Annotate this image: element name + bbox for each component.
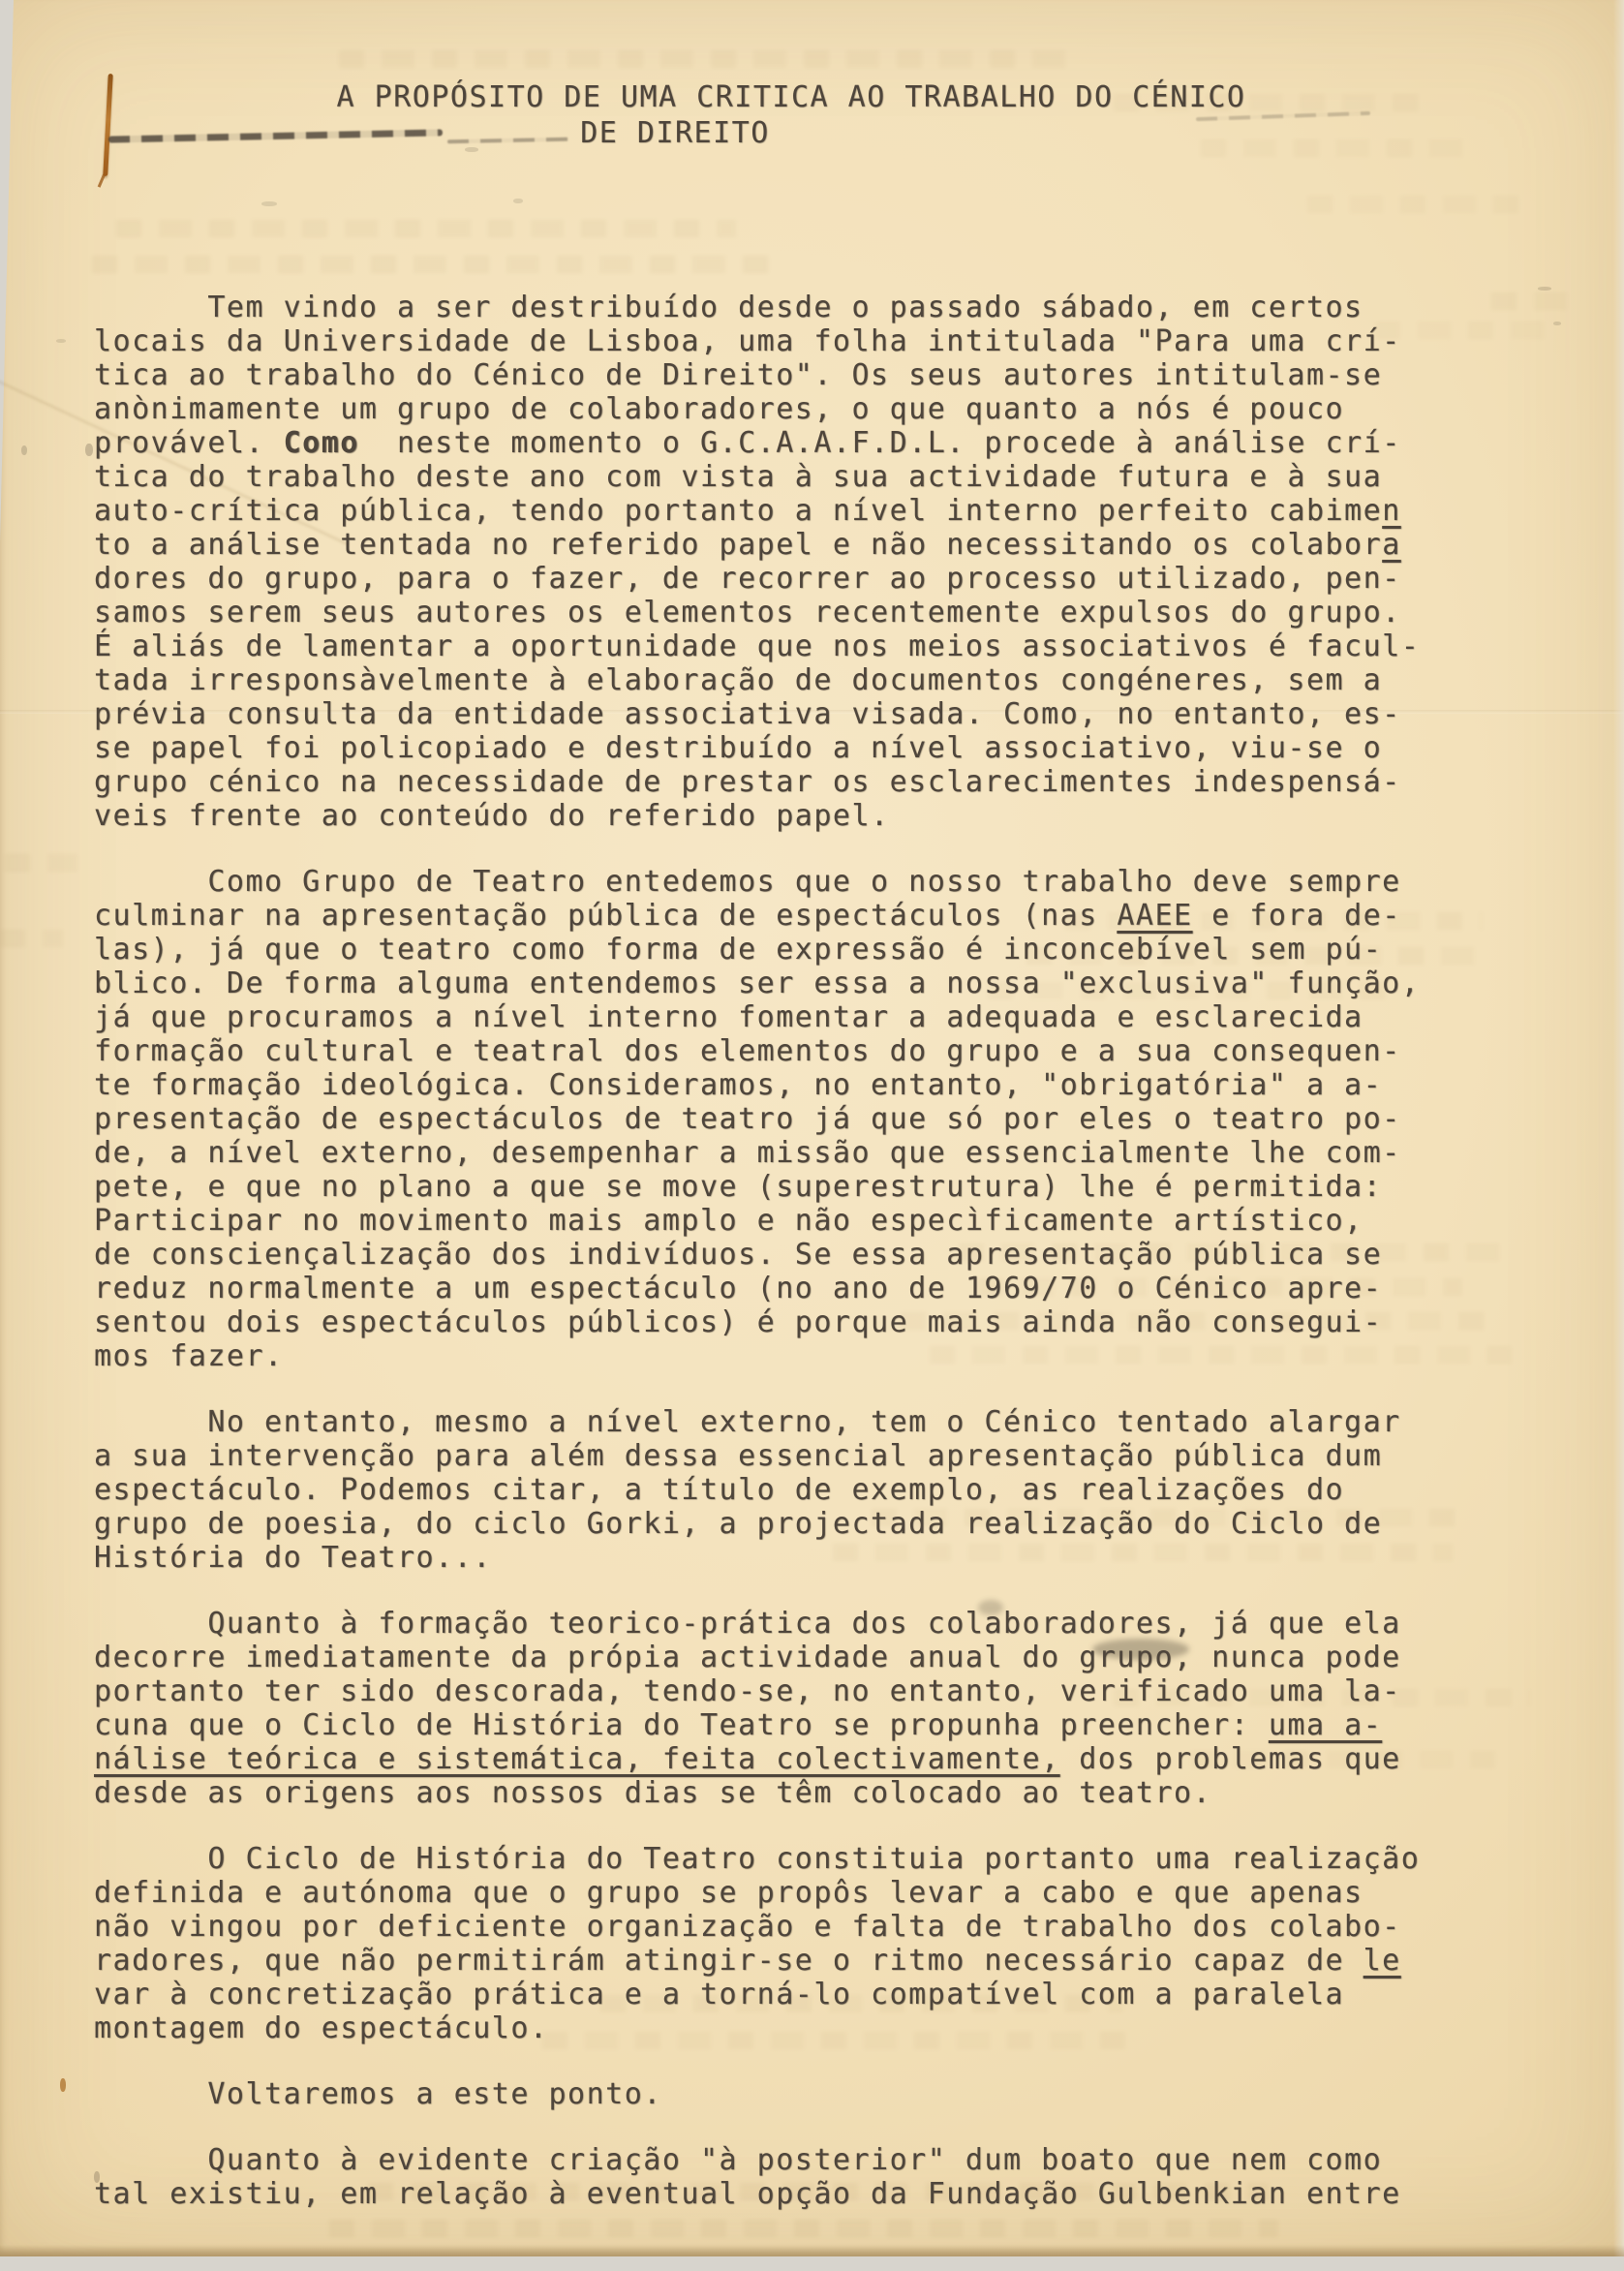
text-line: veis frente ao conteúdo do referido pape… bbox=[94, 799, 1517, 833]
text-line: grupo cénico na necessidade de prestar o… bbox=[94, 765, 1517, 799]
title-line-1: A PROPÓSITO DE UMA CRITICA AO TRABALHO D… bbox=[337, 80, 1246, 114]
paper-edge bbox=[0, 2245, 1624, 2256]
text-line: desde as origens aos nossos dias se têm … bbox=[94, 1776, 1517, 1810]
text-line: Tem vindo a ser destribuído desde o pass… bbox=[94, 291, 1517, 324]
text-line: samos serem seus autores os elementos re… bbox=[94, 596, 1517, 629]
text-line: nálise teórica e sistemática, feita cole… bbox=[94, 1742, 1517, 1776]
bleedthrough-smudge bbox=[0, 930, 63, 948]
text-line: var à concretização prática e a torná-lo… bbox=[94, 1978, 1517, 2011]
text-line: grupo de poesia, do ciclo Gorki, a proje… bbox=[94, 1507, 1517, 1541]
text-line: Quanto à evidente criação "à posterior" … bbox=[94, 2143, 1517, 2177]
paragraph: Voltaremos a este ponto. bbox=[94, 2077, 1517, 2111]
paragraph: No entanto, mesmo a nível externo, tem o… bbox=[94, 1405, 1517, 1575]
text-line: se papel foi policopiado e destribuído a… bbox=[94, 731, 1517, 765]
text-line: tica ao trabalho do Cénico de Direito". … bbox=[94, 358, 1517, 392]
text-line: Participar no movimento mais amplo e não… bbox=[94, 1204, 1517, 1238]
text-line: montagem do espectáculo. bbox=[94, 2011, 1517, 2045]
ink-speck bbox=[513, 199, 523, 203]
text-line: las), já que o teatro como forma de expr… bbox=[94, 933, 1517, 967]
bleedthrough-smudge bbox=[92, 256, 770, 274]
text-line: dores do grupo, para o fazer, de recorre… bbox=[94, 562, 1517, 596]
ink-speck bbox=[1553, 322, 1561, 325]
text-line: Voltaremos a este ponto. bbox=[94, 2077, 1517, 2111]
text-line: de, a nível externo, desempenhar a missã… bbox=[94, 1136, 1517, 1170]
text-line: radores, que não permitirám atingir-se o… bbox=[94, 1944, 1517, 1978]
paragraph: Como Grupo de Teatro entedemos que o nos… bbox=[94, 865, 1517, 1373]
text-line: a sua intervenção para além dessa essenc… bbox=[94, 1439, 1517, 1473]
text-line: auto-crítica pública, tendo portanto a n… bbox=[94, 494, 1517, 528]
ink-speck bbox=[1538, 287, 1551, 291]
ink-speck bbox=[56, 339, 66, 343]
document-body: Tem vindo a ser destribuído desde o pass… bbox=[94, 291, 1517, 2243]
text-line: provável. Como neste momento o G.C.A.A.F… bbox=[94, 426, 1517, 460]
text-line: cuna que o Ciclo de História do Teatro s… bbox=[94, 1708, 1517, 1742]
text-line: não vingou por deficiente organização e … bbox=[94, 1910, 1517, 1944]
paper-edge bbox=[1613, 0, 1624, 2256]
paragraph: Tem vindo a ser destribuído desde o pass… bbox=[94, 291, 1517, 833]
text-line: Como Grupo de Teatro entedemos que o nos… bbox=[94, 865, 1517, 899]
text-line: O Ciclo de História do Teatro constituia… bbox=[94, 1842, 1517, 1876]
text-line: portanto ter sido descorada, tendo-se, n… bbox=[94, 1674, 1517, 1708]
text-line: presentação de espectáculos de teatro já… bbox=[94, 1102, 1517, 1136]
text-line: tada irresponsàvelmente à elaboração de … bbox=[94, 663, 1517, 697]
text-line: mos fazer. bbox=[94, 1339, 1517, 1373]
ink-speck bbox=[85, 444, 93, 456]
text-line: pete, e que no plano a que se move (supe… bbox=[94, 1170, 1517, 1204]
paragraph: Quanto à formação teorico-prática dos co… bbox=[94, 1607, 1517, 1810]
text-line: sentou dois espectáculos públicos) é por… bbox=[94, 1305, 1517, 1339]
text-line: já que procuramos a nível interno foment… bbox=[94, 1000, 1517, 1034]
text-line: culminar na apresentação pública de espe… bbox=[94, 899, 1517, 933]
bleedthrough-smudge bbox=[339, 50, 1075, 69]
title-line-2: DE DIREITO bbox=[94, 115, 1256, 151]
text-line: História do Teatro... bbox=[94, 1541, 1517, 1575]
scanned-document: { "colors": { "paper": "#f3e1ba", "ink":… bbox=[0, 0, 1624, 2271]
ink-speck bbox=[261, 201, 277, 206]
paragraph: O Ciclo de História do Teatro constituia… bbox=[94, 1842, 1517, 2045]
bleedthrough-smudge bbox=[116, 220, 736, 238]
text-line: de consciençalização dos indivíduos. Se … bbox=[94, 1238, 1517, 1272]
text-line: te formação ideológica. Consideramos, no… bbox=[94, 1068, 1517, 1102]
bleedthrough-smudge bbox=[1307, 196, 1530, 214]
paragraph: Quanto à evidente criação "à posterior" … bbox=[94, 2143, 1517, 2211]
text-line: formação cultural e teatral dos elemento… bbox=[94, 1034, 1517, 1068]
text-line: tica do trabalho deste ano com vista à s… bbox=[94, 460, 1517, 494]
text-line: locais da Universidade de Lisboa, uma fo… bbox=[94, 324, 1517, 358]
text-line: definida e autónoma que o grupo se propô… bbox=[94, 1876, 1517, 1910]
text-line: blico. De forma alguma entendemos ser es… bbox=[94, 967, 1517, 1000]
text-line: to a análise tentada no referido papel e… bbox=[94, 528, 1517, 562]
text-line: Quanto à formação teorico-prática dos co… bbox=[94, 1607, 1517, 1641]
text-line: É aliás de lamentar a oportunidade que n… bbox=[94, 629, 1517, 663]
text-line: tal existiu, em relação à eventual opção… bbox=[94, 2177, 1517, 2211]
text-line: No entanto, mesmo a nível externo, tem o… bbox=[94, 1405, 1517, 1439]
ink-speck bbox=[21, 445, 27, 455]
text-line: reduz normalmente a um espectáculo (no a… bbox=[94, 1272, 1517, 1305]
text-line: espectáculo. Podemos citar, a título de … bbox=[94, 1473, 1517, 1507]
text-line: anònimamente um grupo de colaboradores, … bbox=[94, 392, 1517, 426]
bleedthrough-smudge bbox=[5, 854, 77, 873]
document-title: A PROPÓSITO DE UMA CRITICA AO TRABALHO D… bbox=[94, 79, 1488, 151]
text-line: prévia consulta da entidade associativa … bbox=[94, 697, 1517, 731]
text-line: decorre imediatamente da própia activida… bbox=[94, 1641, 1517, 1674]
rust-mark bbox=[60, 2078, 66, 2092]
